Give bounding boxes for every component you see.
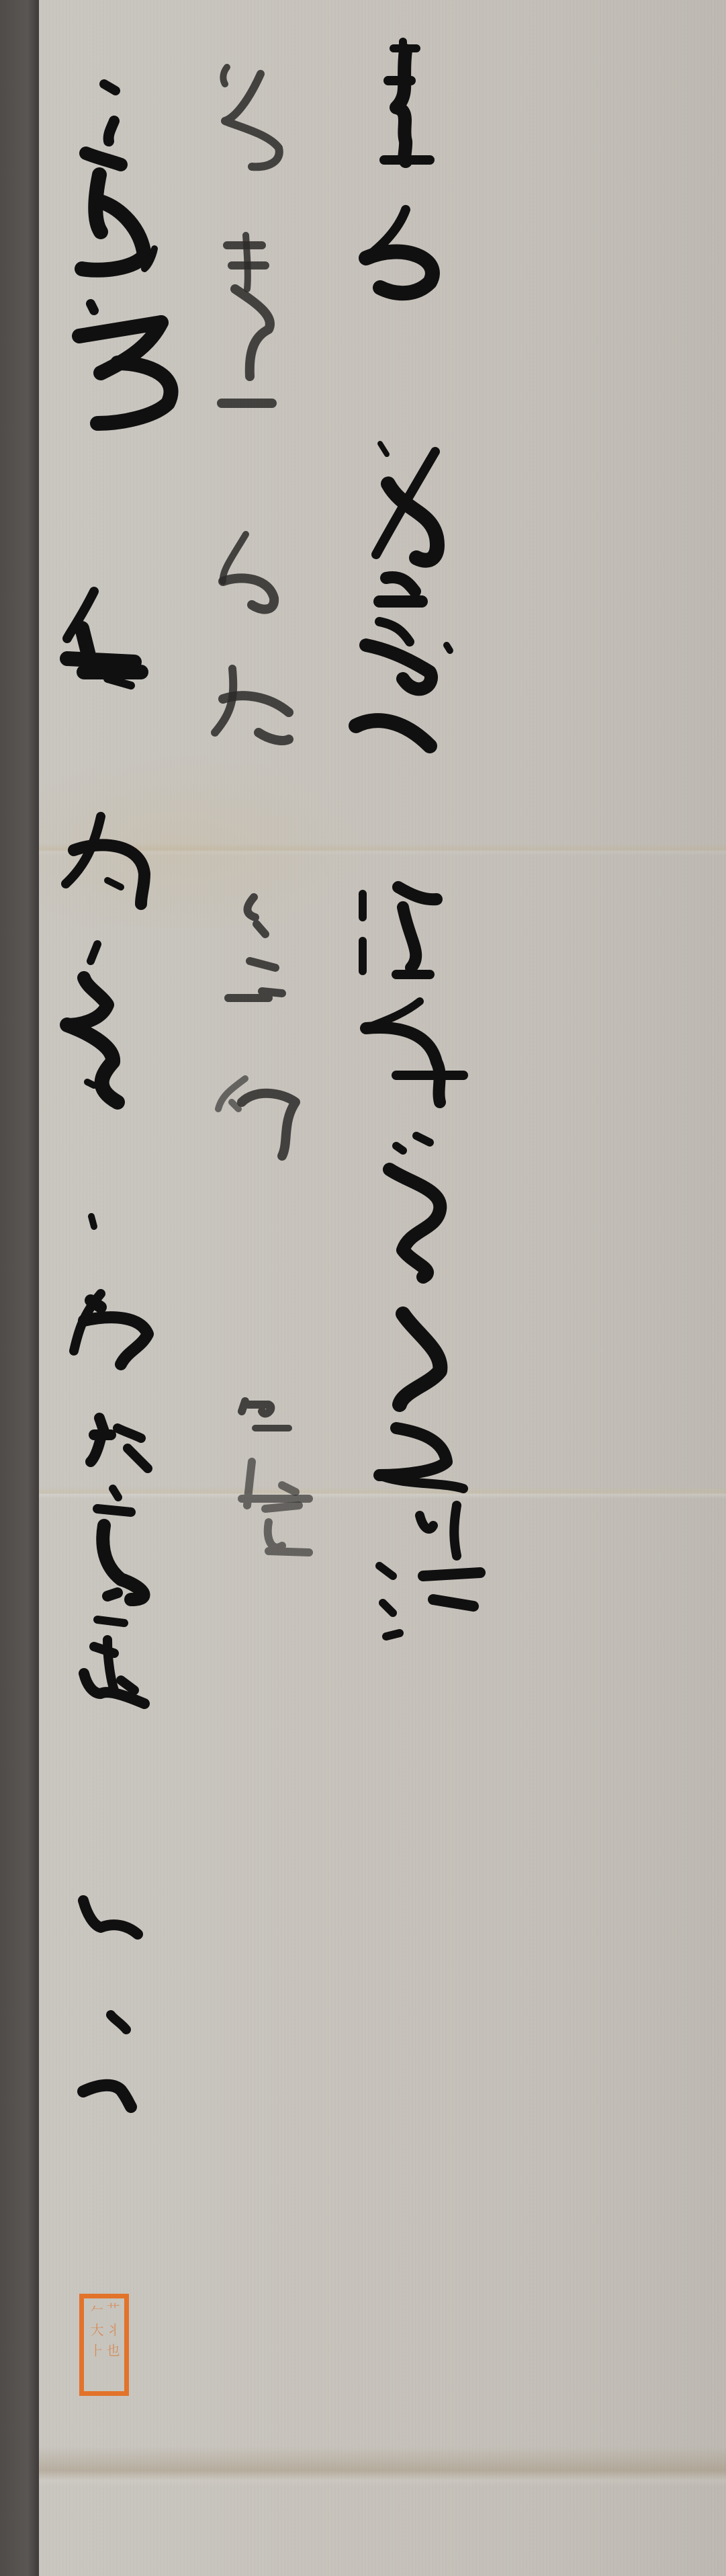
calligraphy-ink bbox=[0, 0, 726, 2576]
scroll-photo: 艹 丬 也 𠂉 大 ⺊ kakejiku hanging scroll (kan… bbox=[0, 0, 726, 2576]
artist-seal: 艹 丬 也 𠂉 大 ⺊ bbox=[79, 2294, 129, 2396]
column-right bbox=[356, 42, 480, 1636]
column-middle bbox=[215, 67, 309, 1552]
column-left bbox=[66, 84, 171, 2107]
seal-glyph-column: 艹 丬 也 bbox=[105, 2302, 119, 2387]
seal-glyphs: 艹 丬 也 𠂉 大 ⺊ bbox=[88, 2302, 120, 2387]
seal-glyph-column: 𠂉 大 ⺊ bbox=[89, 2302, 103, 2387]
